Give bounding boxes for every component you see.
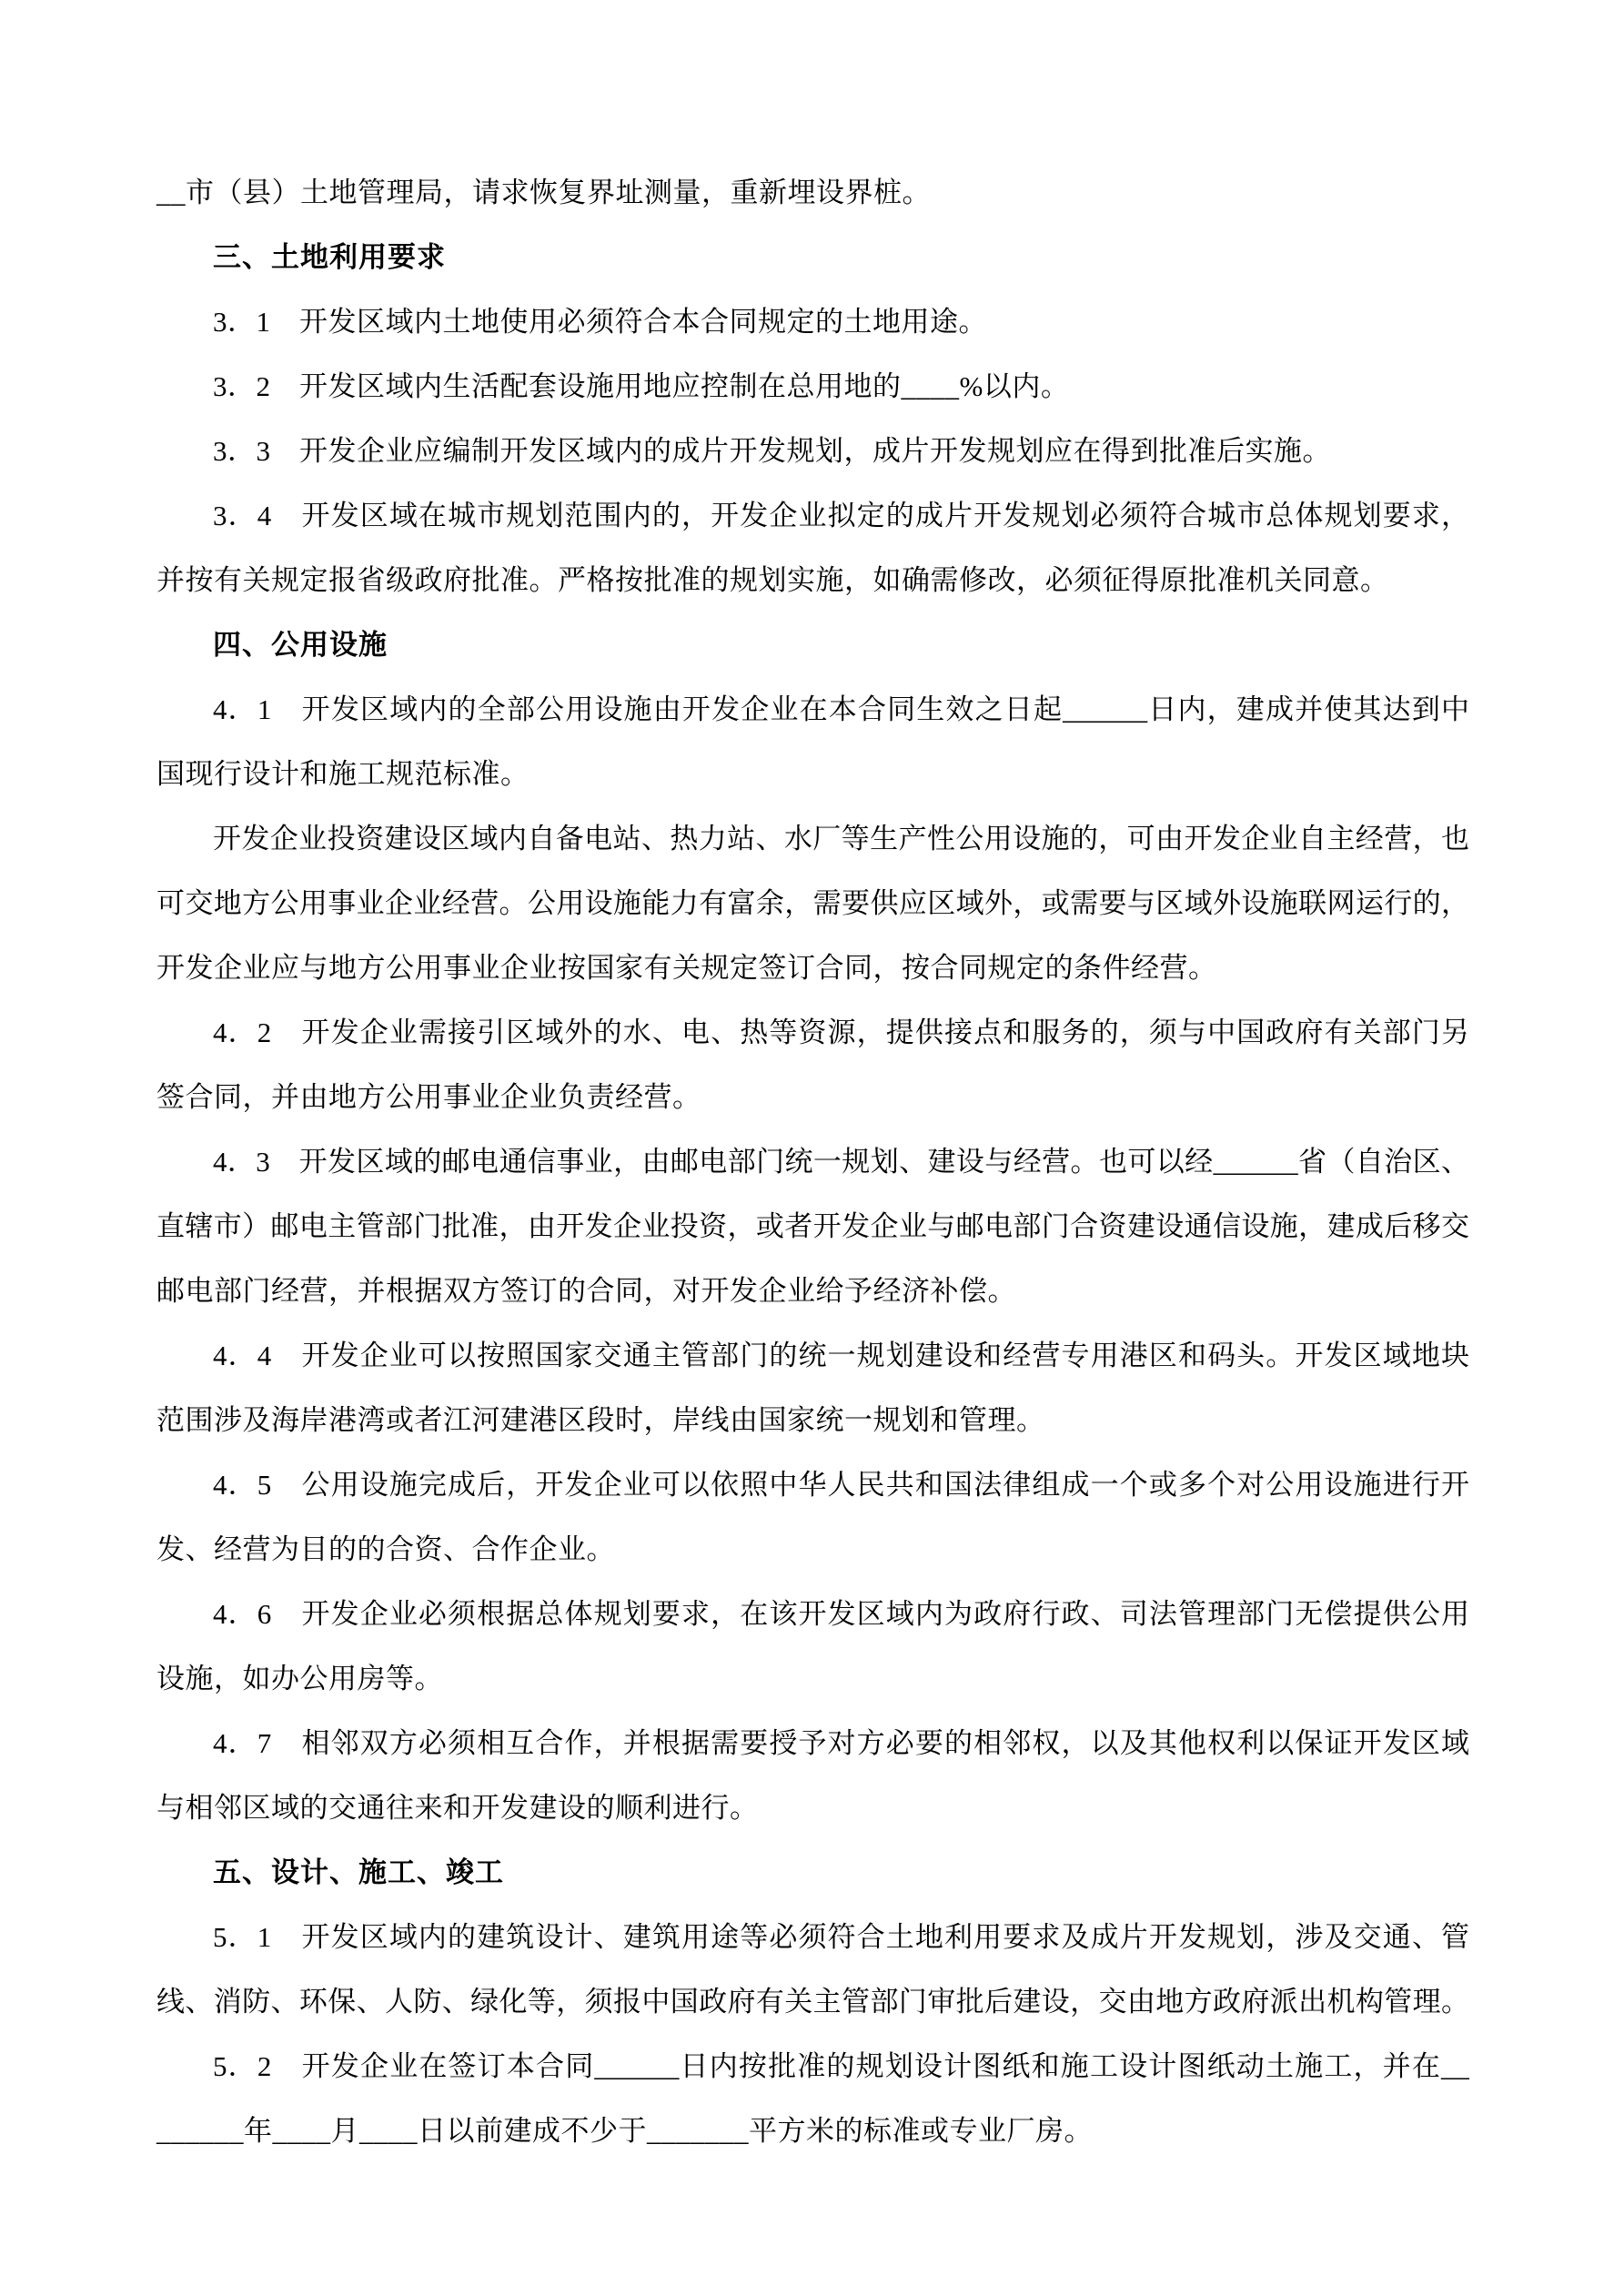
contract-document-page: __市（县）土地管理局，请求恢复界址测量，重新埋设界桩。三、土地利用要求3．1 … [0,0,1624,2296]
document-line: 发、经营为目的的合资、合作企业。 [156,1517,1469,1582]
document-line: 4．7 相邻双方必须相互合作，并根据需要授予对方必要的相邻权，以及其他权利以保证… [156,1711,1469,1775]
document-line: 开发企业投资建设区域内自备电站、热力站、水厂等生产性公用设施的，可由开发企业自主… [156,806,1469,871]
section-heading: 四、公用设施 [156,612,1469,677]
document-line: 开发企业应与地方公用事业企业按国家有关规定签订合同，按合同规定的条件经营。 [156,936,1469,1000]
section-heading: 三、土地利用要求 [156,225,1469,289]
document-line: 5．2 开发企业在签订本合同______日内按批准的规划设计图纸和施工设计图纸动… [156,2034,1469,2099]
document-line: 4．6 开发企业必须根据总体规划要求，在该开发区域内为政府行政、司法管理部门无偿… [156,1582,1469,1646]
document-line: 3．2 开发区域内生活配套设施用地应控制在总用地的____%以内。 [156,354,1469,419]
document-line: 与相邻区域的交通往来和开发建设的顺利进行。 [156,1775,1469,1840]
document-line: 可交地方公用事业企业经营。公用设施能力有富余，需要供应区域外，或需要与区域外设施… [156,871,1469,936]
document-line: 线、消防、环保、人防、绿化等，须报中国政府有关主管部门审批后建设，交由地方政府派… [156,1969,1469,2034]
document-line: ______年____月____日以前建成不少于_______平方米的标准或专业… [156,2099,1469,2163]
document-line: 3．4 开发区域在城市规划范围内的，开发企业拟定的成片开发规划必须符合城市总体规… [156,483,1469,548]
document-line: 4．4 开发企业可以按照国家交通主管部门的统一规划建设和经营专用港区和码头。开发… [156,1323,1469,1388]
document-line: 并按有关规定报省级政府批准。严格按批准的规划实施，如确需修改，必须征得原批准机关… [156,548,1469,612]
document-line: 3．3 开发企业应编制开发区域内的成片开发规划，成片开发规划应在得到批准后实施。 [156,419,1469,483]
document-line: 3．1 开发区域内土地使用必须符合本合同规定的土地用途。 [156,289,1469,354]
document-line: 4．1 开发区域内的全部公用设施由开发企业在本合同生效之日起______日内，建… [156,677,1469,742]
section-heading: 五、设计、施工、竣工 [156,1840,1469,1905]
intro-line: __市（县）土地管理局，请求恢复界址测量，重新埋设界桩。 [156,160,1469,225]
document-line: 国现行设计和施工规范标准。 [156,742,1469,806]
document-line: 直辖市）邮电主管部门批准，由开发企业投资，或者开发企业与邮电部门合资建设通信设施… [156,1194,1469,1259]
document-body: __市（县）土地管理局，请求恢复界址测量，重新埋设界桩。三、土地利用要求3．1 … [156,160,1469,2163]
document-line: 邮电部门经营，并根据双方签订的合同，对开发企业给予经济补偿。 [156,1259,1469,1323]
document-line: 4．2 开发企业需接引区域外的水、电、热等资源，提供接点和服务的，须与中国政府有… [156,1000,1469,1065]
document-line: 设施，如办公用房等。 [156,1646,1469,1711]
document-line: 签合同，并由地方公用事业企业负责经营。 [156,1065,1469,1129]
document-line: 5．1 开发区域内的建筑设计、建筑用途等必须符合土地利用要求及成片开发规划，涉及… [156,1905,1469,1969]
document-line: 4．3 开发区域的邮电通信事业，由邮电部门统一规划、建设与经营。也可以经____… [156,1129,1469,1194]
document-line: 4．5 公用设施完成后，开发企业可以依照中华人民共和国法律组成一个或多个对公用设… [156,1452,1469,1517]
document-line: 范围涉及海岸港湾或者江河建港区段时，岸线由国家统一规划和管理。 [156,1388,1469,1452]
